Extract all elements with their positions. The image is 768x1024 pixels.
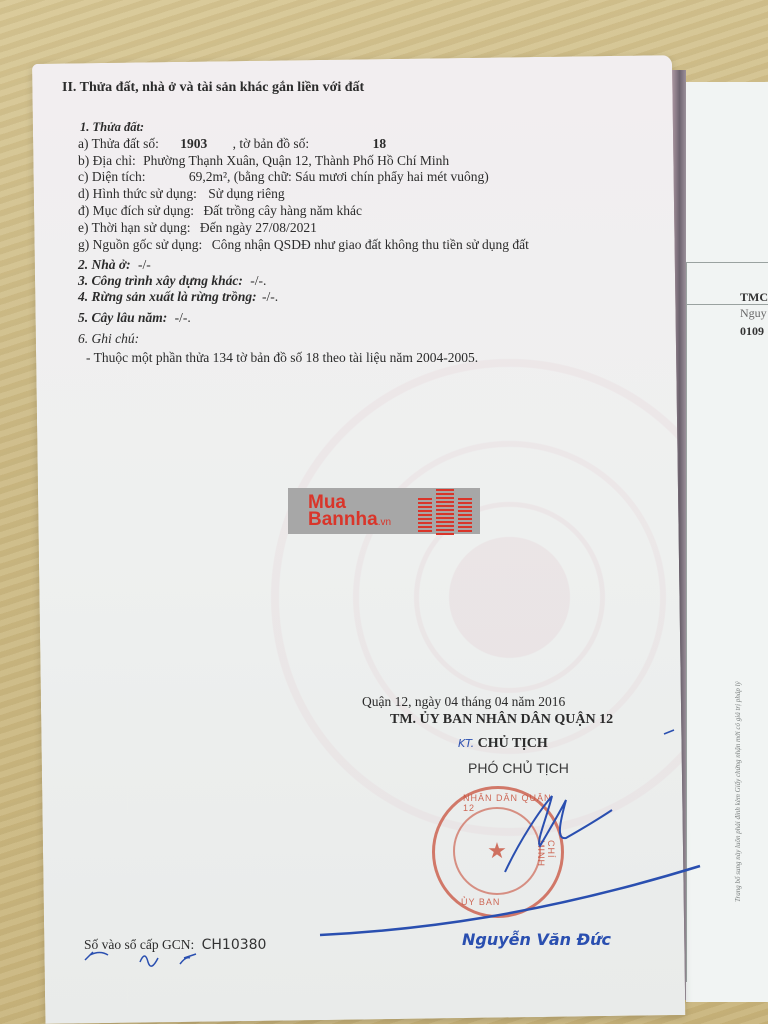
registry-row: Số vào sổ cấp GCN: CH10380 (84, 937, 266, 953)
signer-name: Nguyễn Văn Đức (462, 930, 611, 949)
ink-strokes (0, 0, 768, 1024)
registry-value: CH10380 (202, 937, 267, 953)
registry-label: Số vào sổ cấp GCN: (84, 937, 194, 952)
